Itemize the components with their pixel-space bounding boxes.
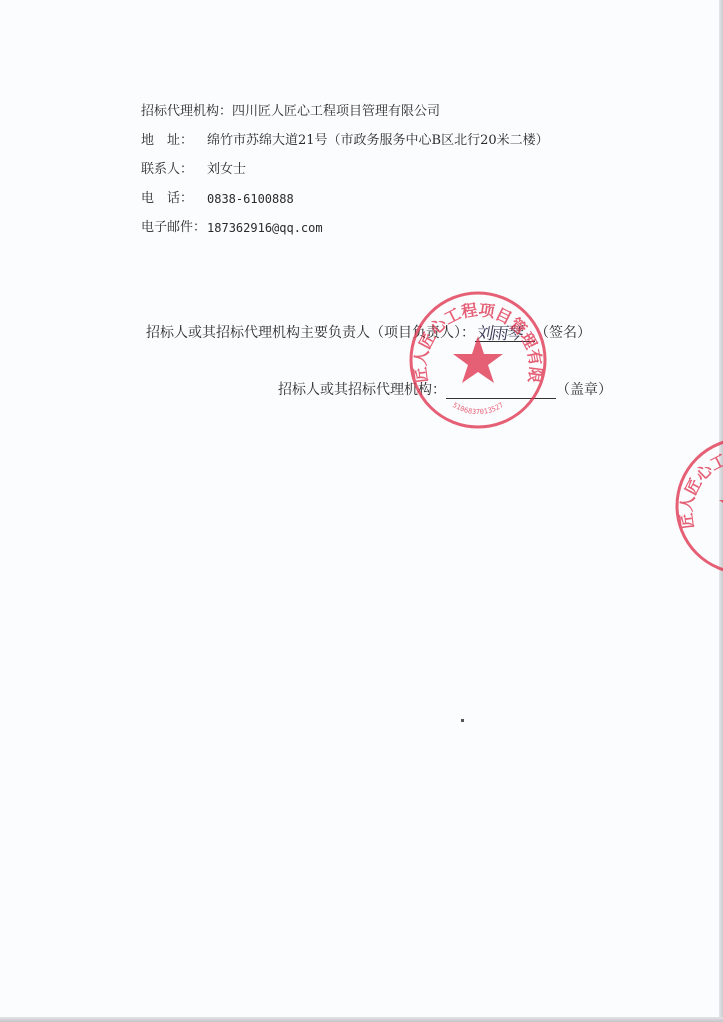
agency-value: 四川匠人匠心工程项目管理有限公司 xyxy=(232,104,440,133)
phone-value: 0838-6100888 xyxy=(207,191,294,220)
phone-label: 电 话： xyxy=(141,191,193,220)
contact-row: 联 系 人： 刘女士 xyxy=(141,162,549,191)
svg-text:5106837013527: 5106837013527 xyxy=(451,401,505,416)
scan-speck xyxy=(461,719,464,722)
seal-star-icon xyxy=(453,336,503,383)
phone-row: 电 话： 0838-6100888 xyxy=(141,191,549,220)
agency-info-block: 招标代理机构： 四川匠人匠心工程项目管理有限公司 地 址： 绵竹市苏绵大道21号… xyxy=(141,104,549,249)
page-edge-bottom xyxy=(0,1017,723,1022)
address-label: 地 址： xyxy=(141,133,193,162)
address-value: 绵竹市苏绵大道21号（市政务服务中心B区北行20米二楼） xyxy=(207,133,549,162)
partial-seal-stamp-edge: 四川匠人匠心工程项目管理有限公司 xyxy=(673,435,723,577)
company-seal-stamp: 四川匠人匠心工程项目管理有限公司 5106837013527 xyxy=(407,289,549,431)
contact-value: 刘女士 xyxy=(207,162,246,191)
contact-label: 联 系 人： xyxy=(141,162,193,191)
email-label: 电子邮件： xyxy=(141,220,206,249)
address-row: 地 址： 绵竹市苏绵大道21号（市政务服务中心B区北行20米二楼） xyxy=(141,133,549,162)
email-value: 187362916@qq.com xyxy=(207,220,323,249)
email-row: 电子邮件： 187362916@qq.com xyxy=(141,220,549,249)
agency-row: 招标代理机构： 四川匠人匠心工程项目管理有限公司 xyxy=(141,104,549,133)
agency-label: 招标代理机构： xyxy=(141,104,232,133)
seal-suffix: （盖章） xyxy=(556,382,612,398)
